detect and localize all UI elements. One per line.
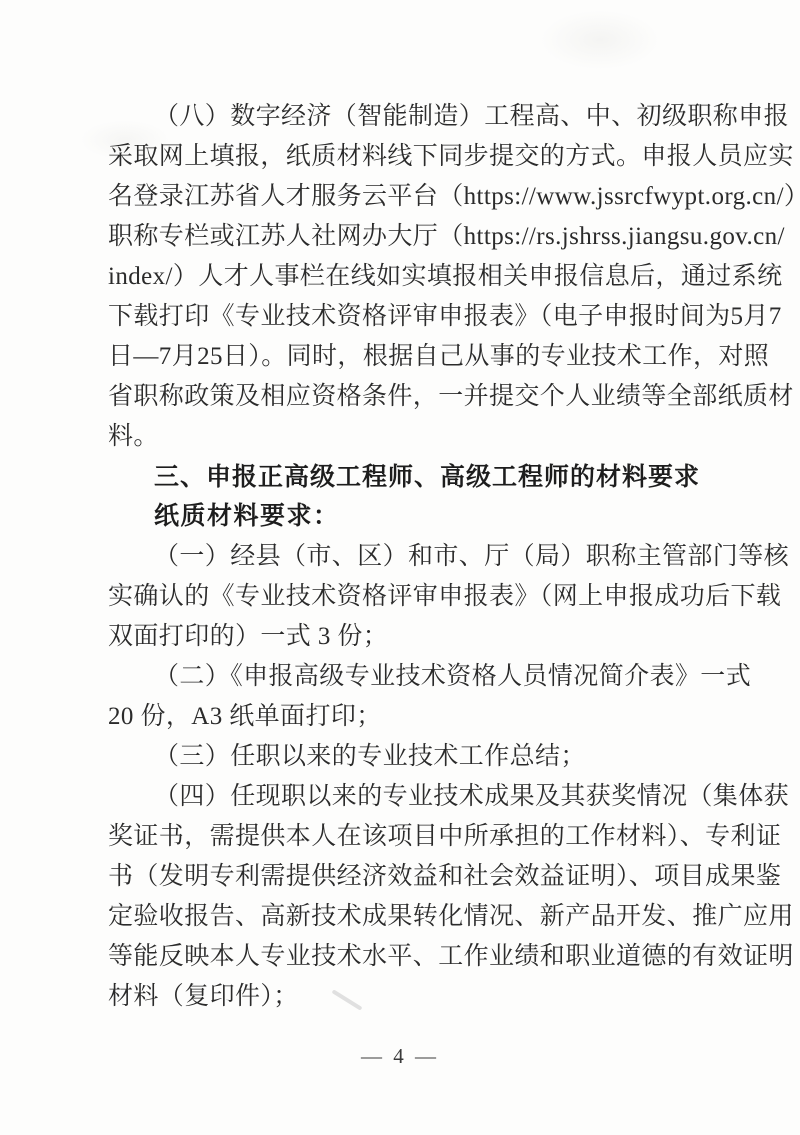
paragraph-8-line-1: （八）数字经济（智能制造）工程高、中、初级职称申报	[108, 97, 722, 137]
paragraph-8-line-3: 名登录江苏省人才服务云平台（https://www.jssrcfwypt.org…	[108, 177, 722, 217]
item-1-line-2: 实确认的《专业技术资格评审申报表》（网上申报成功后下载	[108, 577, 722, 617]
item-4-line-1: （四）任现职以来的专业技术成果及其获奖情况（集体获	[108, 777, 722, 817]
paper-materials-subheading: 纸质材料要求：	[108, 497, 722, 537]
scan-smudge	[540, 10, 660, 70]
paragraph-8-line-8: 省职称政策及相应资格条件，一并提交个人业绩等全部纸质材	[108, 377, 722, 417]
paragraph-8-line-5: index/）人才人事栏在线如实填报相关申报信息后，通过系统	[108, 257, 722, 297]
item-2-line-1: （二）《申报高级专业技术资格人员情况简介表》一式	[108, 657, 722, 697]
paragraph-8-line-6: 下载打印《专业技术资格评审申报表》（电子申报时间为5月7	[108, 297, 722, 337]
paragraph-8-line-9: 料。	[108, 417, 722, 457]
page-number: — 4 —	[361, 1044, 439, 1068]
item-4-line-3: 书（发明专利需提供经济效益和社会效益证明）、项目成果鉴	[108, 857, 722, 897]
item-4-line-6: 材料（复印件）；	[108, 977, 722, 1017]
section-3-heading: 三、申报正高级工程师、高级工程师的材料要求	[108, 457, 722, 497]
item-4-line-5: 等能反映本人专业技术水平、工作业绩和职业道德的有效证明	[108, 937, 722, 977]
paragraph-8-line-2: 采取网上填报，纸质材料线下同步提交的方式。申报人员应实	[108, 137, 722, 177]
item-4-line-4: 定验收报告、高新技术成果转化情况、新产品开发、推广应用	[108, 897, 722, 937]
item-4-line-2: 奖证书，需提供本人在该项目中所承担的工作材料）、专利证	[108, 817, 722, 857]
item-2-line-2: 20 份，A3 纸单面打印；	[108, 697, 722, 737]
page-footer: — 4 —	[0, 1044, 800, 1069]
paragraph-8-line-4: 职称专栏或江苏人社网办大厅（https://rs.jshrss.jiangsu.…	[108, 217, 722, 257]
item-3-line-1: （三）任职以来的专业技术工作总结；	[108, 737, 722, 777]
item-1-line-3: 双面打印的）一式 3 份；	[108, 617, 722, 657]
document-body: （八）数字经济（智能制造）工程高、中、初级职称申报 采取网上填报，纸质材料线下同…	[108, 97, 722, 1017]
scanned-document-page: （八）数字经济（智能制造）工程高、中、初级职称申报 采取网上填报，纸质材料线下同…	[0, 0, 800, 1135]
paragraph-8-line-7: 日—7月25日）。同时，根据自己从事的专业技术工作，对照	[108, 337, 722, 377]
item-1-line-1: （一）经县（市、区）和市、厅（局）职称主管部门等核	[108, 537, 722, 577]
